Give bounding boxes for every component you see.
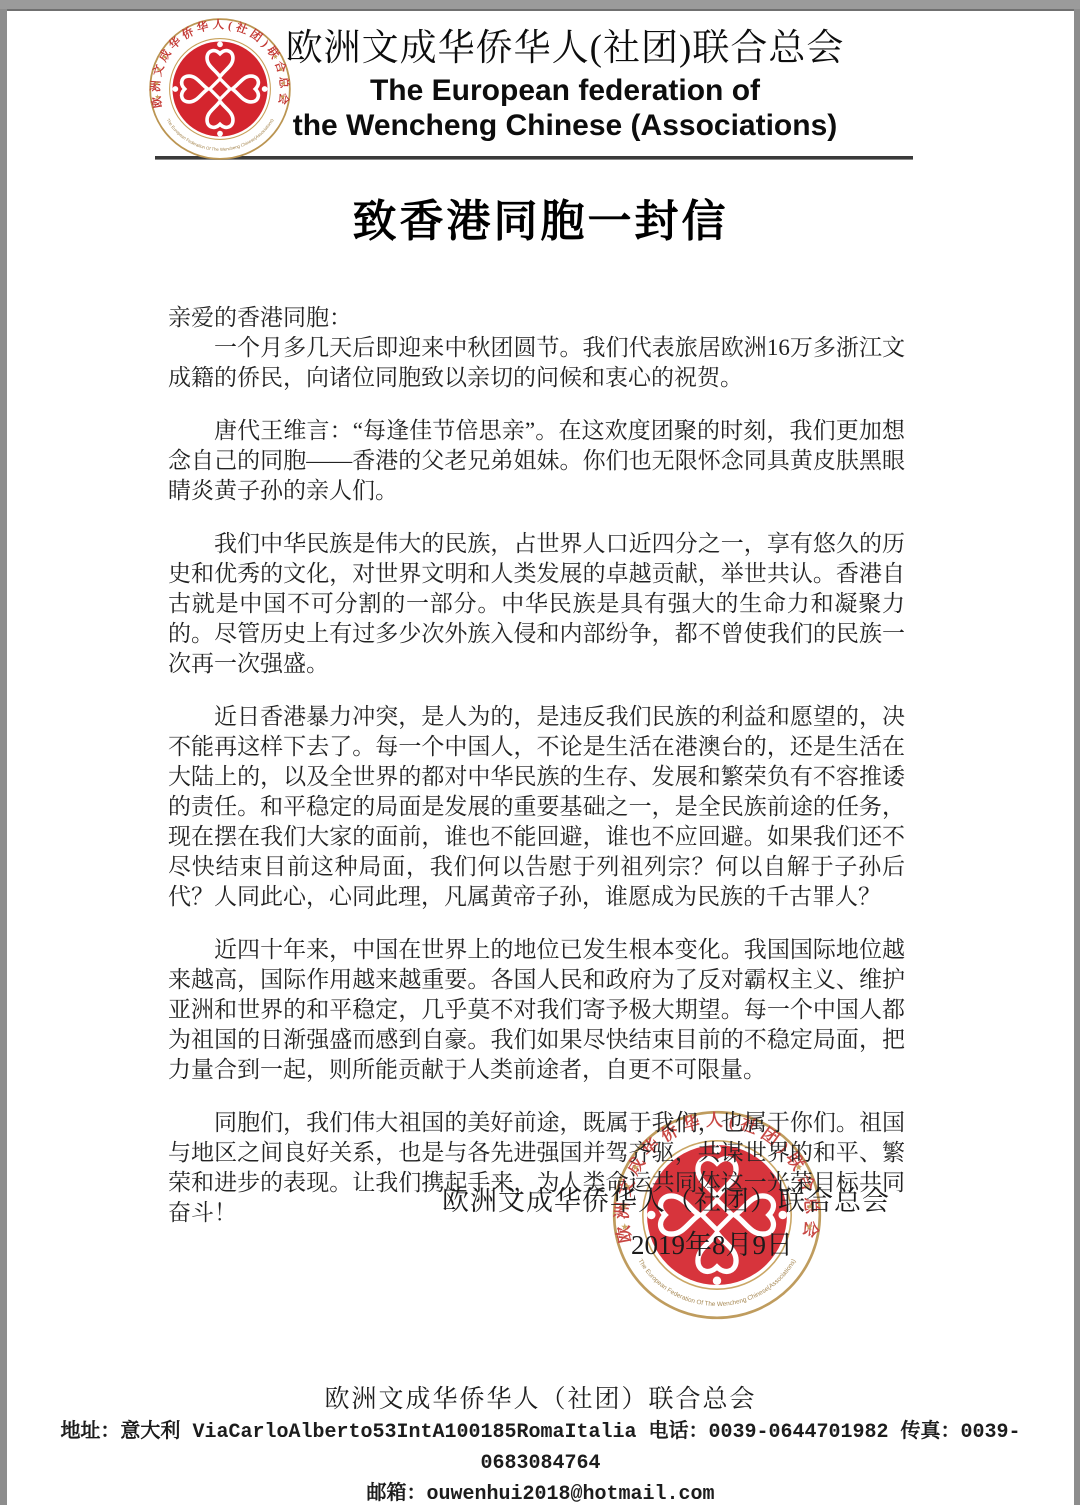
letter-footer: 欧洲文成华侨华人（社团）联合总会 地址：意大利 ViaCarloAlberto5… [7,1383,1074,1505]
scan-top-bar [0,0,1080,11]
signature-date: 2019年8月9日 [631,1223,793,1262]
footer-address: 地址：意大利 ViaCarloAlberto53IntA100185RomaIt… [7,1417,1074,1448]
letter-page: 欧洲文成华侨华人(社团)联合总会 The European federation… [7,11,1074,1505]
signature-org-name: 欧洲文成华侨华人（社团）联合总会 [442,1179,890,1218]
letterhead: 欧洲文成华侨华人(社团)联合总会 The European federation… [7,11,1074,175]
scan-left-edge [0,9,7,1505]
paragraph-4: 近日香港暴力冲突，是人为的，是违反我们民族的利益和愿望的，决不能再这样下去了。每… [168,702,905,912]
footer-address-overflow: 0683084764 [7,1448,1074,1479]
paragraph-2: 唐代王维言：“每逢佳节倍思亲”。在这欢度团聚的时刻，我们更加想念自己的同胞——香… [168,416,905,506]
salutation: 亲爱的香港同胞： [168,303,905,333]
scanned-letter-frame: 欧洲文成华侨华人(社团)联合总会 The European federation… [0,0,1080,1505]
org-title-en-line1: The European federation of [285,73,845,108]
footer-email: 邮箱：ouwenhui2018@hotmail.com [7,1479,1074,1505]
letter-body: 亲爱的香港同胞： 一个月多几天后即迎来中秋团圆节。我们代表旅居欧洲16万多浙江文… [168,303,905,1228]
paragraph-5: 近四十年来，中国在世界上的地位已发生根本变化。我国国际地位越来越高，国际作用越来… [168,935,905,1085]
letter-title: 致香港同胞一封信 [7,197,1074,247]
org-title-zh: 欧洲文成华侨华人(社团)联合总会 [285,25,845,73]
paragraph-1: 一个月多几天后即迎来中秋团圆节。我们代表旅居欧洲16万多浙江文成籍的侨民，向诸位… [168,333,905,393]
org-seal-logo-icon [148,17,292,161]
paragraph-3: 我们中华民族是伟大的民族，占世界人口近四分之一，享有悠久的历史和优秀的文化，对世… [168,529,905,679]
scan-right-edge [1074,9,1080,1505]
org-title-en-line2: the Wencheng Chinese (Associations) [285,108,845,143]
footer-org-name: 欧洲文成华侨华人（社团）联合总会 [7,1383,1074,1417]
